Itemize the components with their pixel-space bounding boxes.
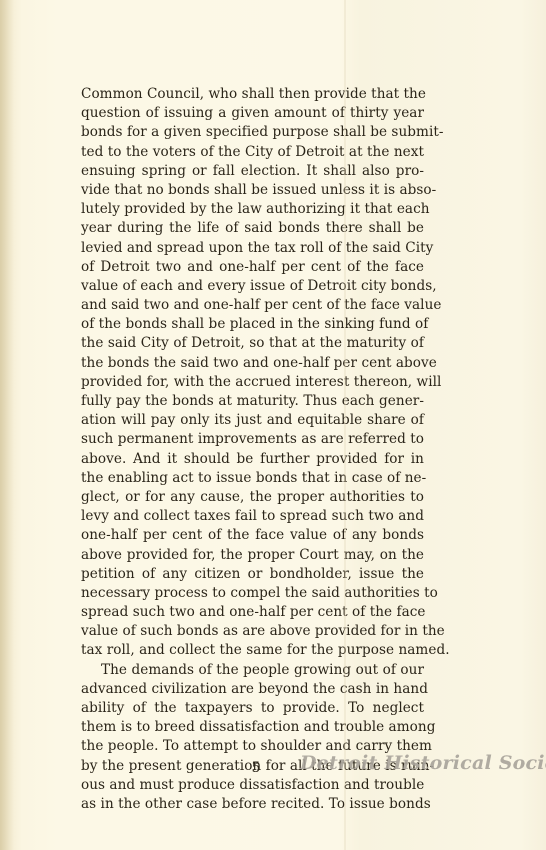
text-line: ensuing spring or fall election. It shal…	[81, 162, 424, 181]
text-line: tax roll, and collect the same for the p…	[81, 641, 424, 660]
text-line: one-half per cent of the face value of a…	[81, 526, 424, 545]
text-line: as in the other case before recited. To …	[81, 795, 424, 814]
text-line: year during the life of said bonds there…	[81, 219, 424, 238]
text-line: provided for, with the accrued interest …	[81, 373, 424, 392]
text-line: spread such two and one-half per cent of…	[81, 603, 424, 622]
text-line: them is to breed dissatisfaction and tro…	[81, 718, 424, 737]
text-line: advanced civilization are beyond the cas…	[81, 680, 424, 699]
text-line: value of each and every issue of Detroit…	[81, 277, 424, 296]
text-line: of the bonds shall be placed in the sink…	[81, 315, 424, 334]
text-line: the enabling act to issue bonds that in …	[81, 469, 424, 488]
body-text: Common Council, who shall then provide t…	[81, 85, 424, 814]
text-line: of Detroit two and one-half per cent of …	[81, 258, 424, 277]
text-line: Common Council, who shall then provide t…	[81, 85, 424, 104]
text-line: ous and must produce dissatisfaction and…	[81, 776, 424, 795]
text-line: petition of any citizen or bondholder, i…	[81, 565, 424, 584]
paragraph-start-line: The demands of the people growing out of…	[81, 661, 424, 680]
text-line: question of issuing a given amount of th…	[81, 104, 424, 123]
text-line: bonds for a given specified purpose shal…	[81, 123, 424, 142]
text-line: levy and collect taxes fail to spread su…	[81, 507, 424, 526]
document-page: Common Council, who shall then provide t…	[0, 0, 546, 850]
text-line: glect, or for any cause, the proper auth…	[81, 488, 424, 507]
text-line: levied and spread upon the tax roll of t…	[81, 239, 424, 258]
text-line: value of such bonds as are above provide…	[81, 622, 424, 641]
text-line: vide that no bonds shall be issued unles…	[81, 181, 424, 200]
text-line: fully pay the bonds at maturity. Thus ea…	[81, 392, 424, 411]
text-line: ation will pay only its just and equitab…	[81, 411, 424, 430]
text-line: such permanent improvements as are refer…	[81, 430, 424, 449]
text-line: and said two and one-half per cent of th…	[81, 296, 424, 315]
text-line: above provided for, the proper Court may…	[81, 546, 424, 565]
text-line: the said City of Detroit, so that at the…	[81, 334, 424, 353]
text-line: necessary process to compel the said aut…	[81, 584, 424, 603]
text-line: ted to the voters of the City of Detroit…	[81, 143, 424, 162]
text-line: above. And it should be further provided…	[81, 450, 424, 469]
text-line: lutely provided by the law authorizing i…	[81, 200, 424, 219]
page-number: 5	[246, 760, 266, 776]
text-line: ability of the taxpayers to provide. To …	[81, 699, 424, 718]
text-line: the bonds the said two and one-half per …	[81, 354, 424, 373]
watermark: Detroit Historical Society	[300, 752, 546, 774]
